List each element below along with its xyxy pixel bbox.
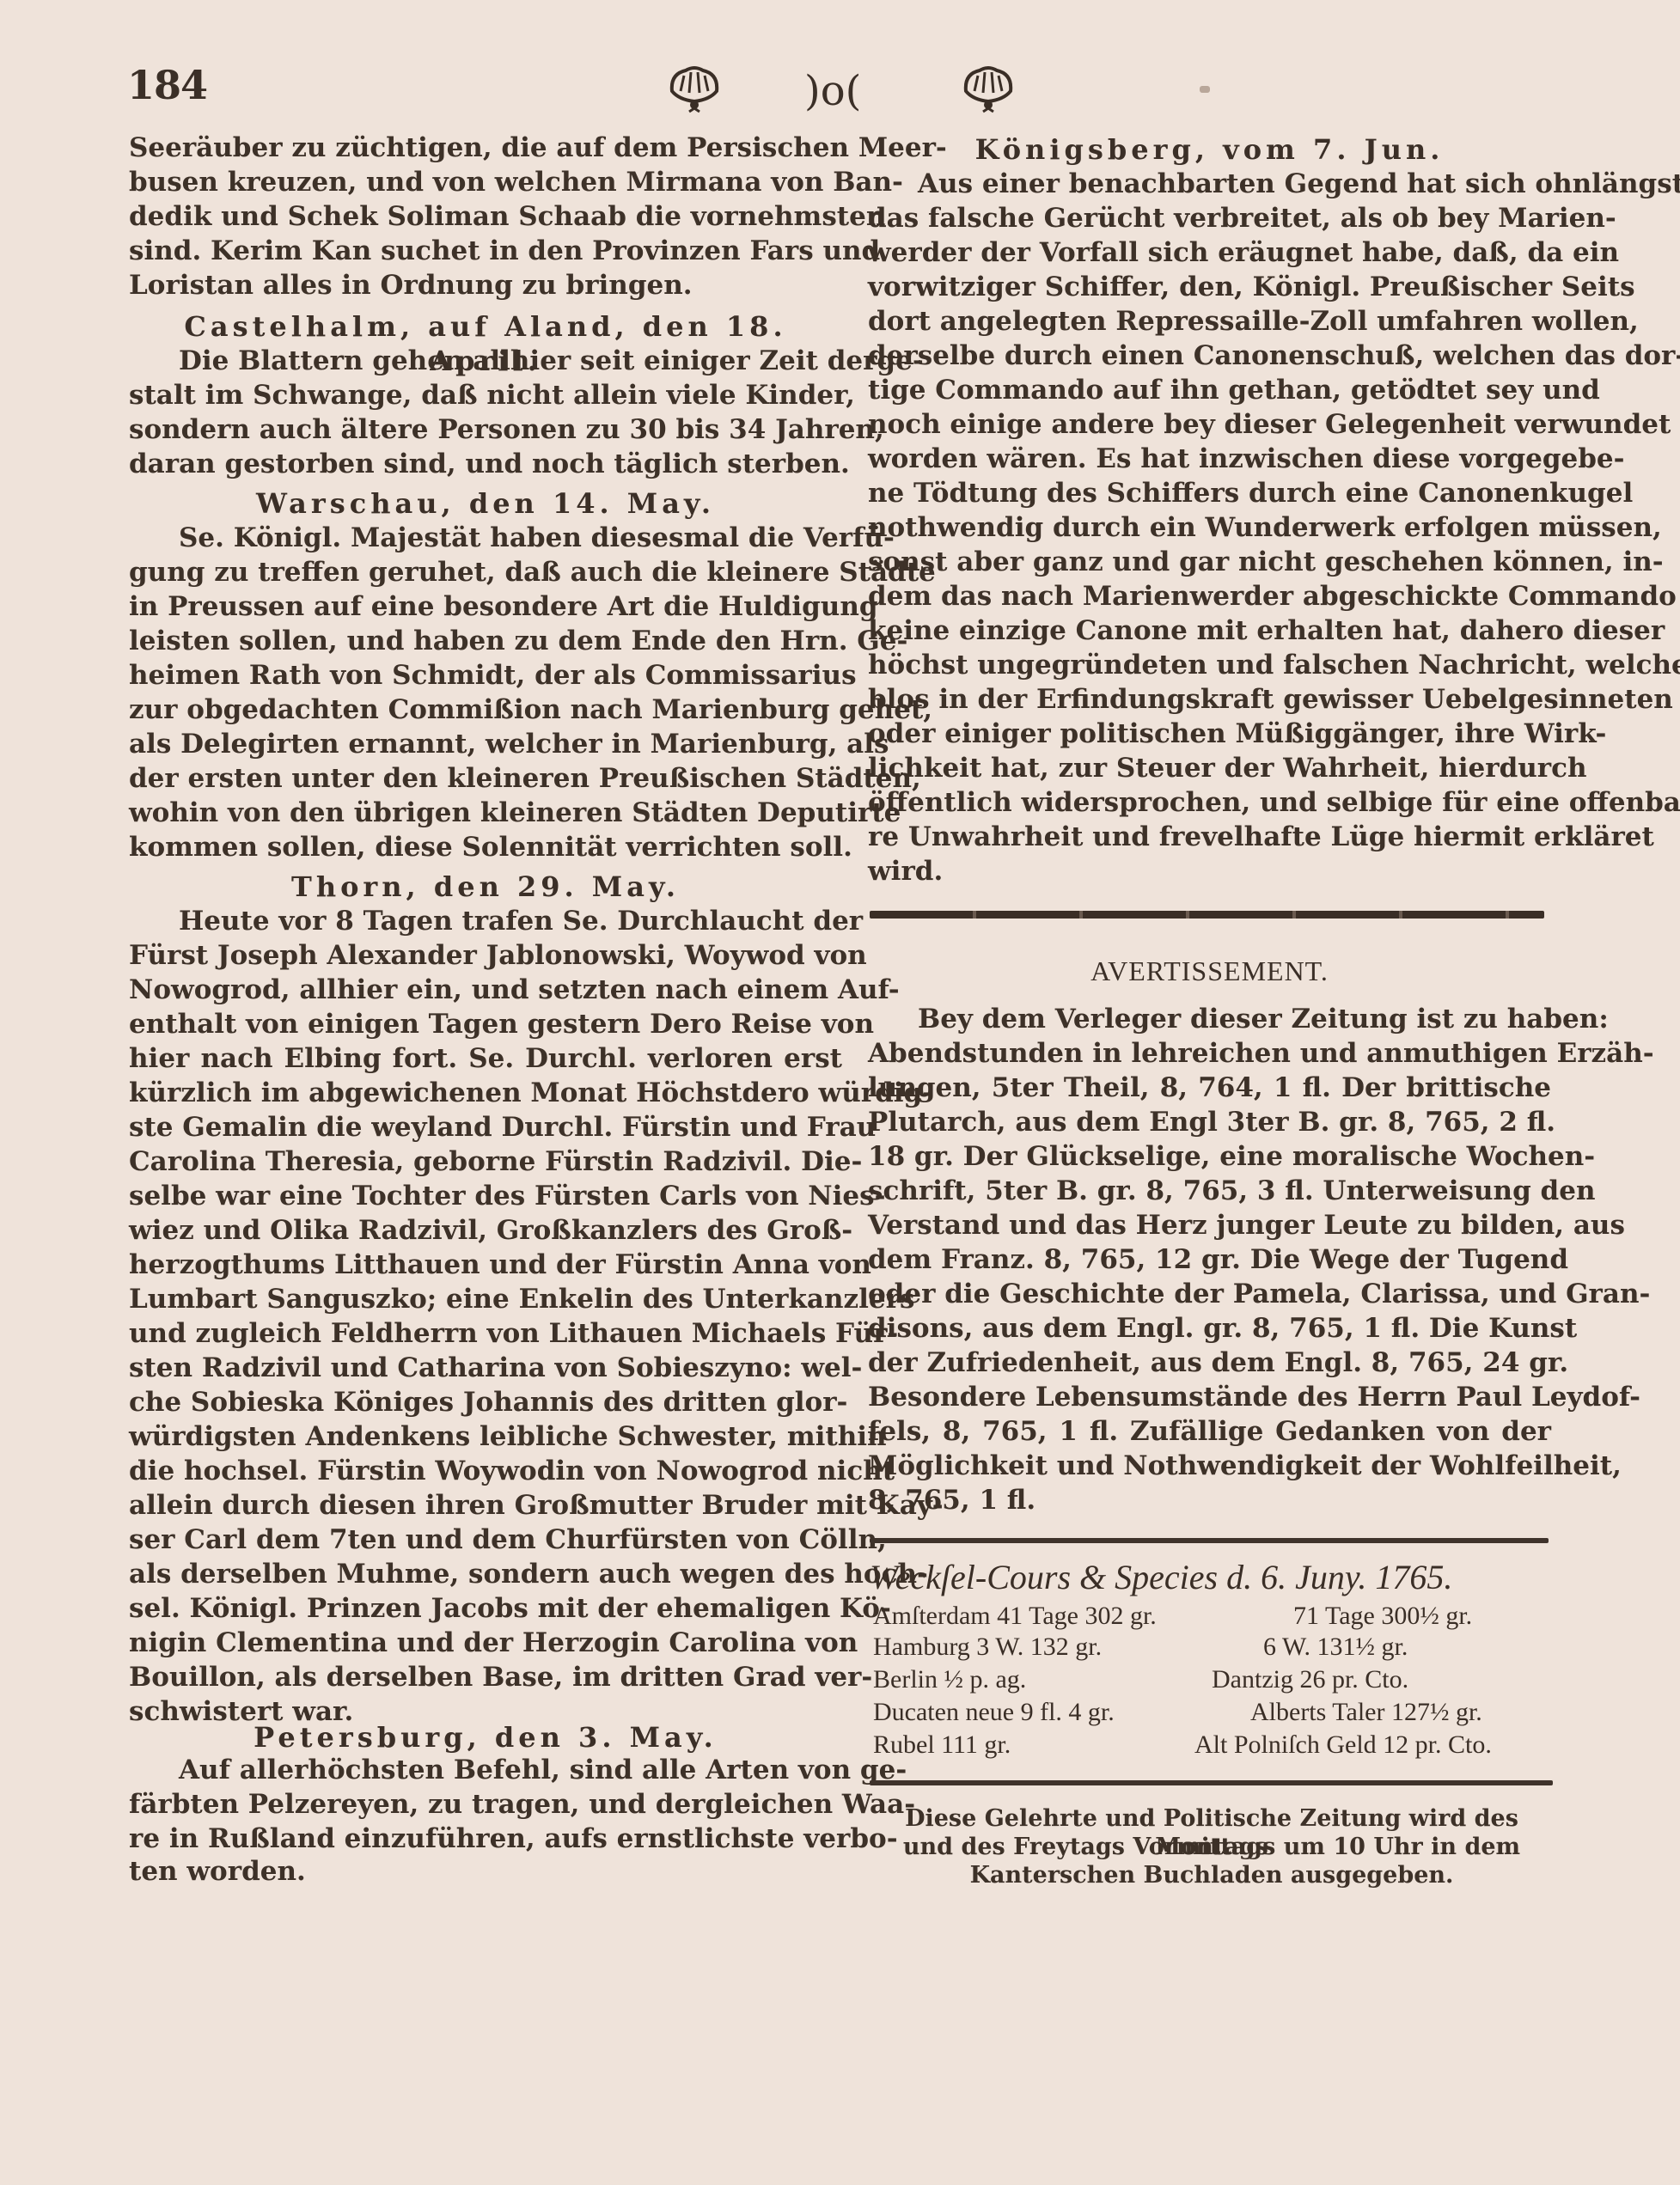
text-line: re Unwahrheit und frevelhafte Lüge hierm… — [868, 820, 1551, 854]
exchange-cell: Amſterdam 41 Tage 302 gr. — [873, 1602, 1157, 1631]
text-line: Seeräuber zu züchtigen, die auf dem Pers… — [129, 131, 842, 165]
text-line: Möglichkeit und Nothwendigkeit der Wohlf… — [868, 1449, 1551, 1483]
text-line: Lumbart Sanguszko; eine Enkelin des Unte… — [129, 1282, 842, 1316]
text-line: 8, 765, 1 fl. — [868, 1483, 1551, 1517]
text-line: dort angelegten Repressaille-Zoll umfahr… — [868, 304, 1551, 339]
text-line: allein durch diesen ihren Großmutter Bru… — [129, 1488, 842, 1523]
text-line: Se. Königl. Majestät haben diesesmal die… — [129, 521, 842, 555]
colophon-line: und des Freytags Vormittags um 10 Uhr in… — [859, 1833, 1564, 1861]
exchange-cell: Hamburg 3 W. 132 gr. — [873, 1633, 1102, 1662]
text-line: die hochsel. Fürstin Woywodin von Nowogr… — [129, 1454, 842, 1488]
text-line: kürzlich im abgewichenen Monat Höchstder… — [129, 1076, 842, 1110]
text-line: re in Rußland einzuführen, aufs ernstlic… — [129, 1822, 842, 1856]
text-line: als derselben Muhme, sondern auch wegen … — [129, 1557, 842, 1591]
dateline-heading: Thorn, den 29. May. — [129, 870, 842, 904]
exchange-bottom-rule — [870, 1780, 1553, 1785]
text-line: stalt im Schwange, daß nicht allein viel… — [129, 378, 842, 412]
exchange-cell: Alt Polniſch Geld 12 pr. Cto. — [1194, 1730, 1492, 1760]
section-divider — [870, 911, 1544, 919]
text-line: zur obgedachten Commißion nach Marienbur… — [129, 693, 842, 727]
text-line: oder die Geschichte der Pamela, Clarissa… — [868, 1277, 1551, 1311]
exchange-cell: Berlin ½ p. ag. — [873, 1665, 1026, 1694]
text-line: das falsche Gerücht verbreitet, als ob b… — [868, 201, 1551, 235]
text-line: und zugleich Feldherrn von Lithauen Mich… — [129, 1316, 842, 1351]
text-line: Loristan alles in Ordnung zu bringen. — [129, 268, 842, 302]
ink-blot — [1200, 86, 1210, 93]
dateline-heading: Petersburg, den 3. May. — [129, 1720, 842, 1755]
text-line: sondern auch ältere Personen zu 30 bis 3… — [129, 412, 842, 447]
text-line: Carolina Theresia, geborne Fürstin Radzi… — [129, 1144, 842, 1179]
advertisement-heading: AVERTISSEMENT. — [868, 954, 1551, 988]
text-line: höchst ungegründeten und falschen Nachri… — [868, 648, 1551, 682]
text-line: worden wären. Es hat inzwischen diese vo… — [868, 442, 1551, 476]
text-line: tige Commando auf ihn gethan, getödtet s… — [868, 373, 1551, 407]
text-line: busen kreuzen, und von welchen Mirmana v… — [129, 165, 842, 199]
text-line: lichkeit hat, zur Steuer der Wahrheit, h… — [868, 751, 1551, 785]
text-line: sonst aber ganz und gar nicht geschehen … — [868, 545, 1551, 579]
text-line: schrift, 5ter B. gr. 8, 765, 3 fl. Unter… — [868, 1174, 1551, 1208]
text-line: wird. — [868, 854, 1551, 888]
colophon-line: Kanterschen Buchladen ausgegeben. — [859, 1861, 1564, 1889]
dateline-heading: Warschau, den 14. May. — [129, 486, 842, 521]
text-line: enthalt von einigen Tagen gestern Dero R… — [129, 1007, 842, 1041]
dateline-heading: Königsberg, vom 7. Jun. — [868, 132, 1551, 167]
text-line: 18 gr. Der Glückselige, eine moralische … — [868, 1139, 1551, 1174]
text-line: selbe war eine Tochter des Fürsten Carls… — [129, 1179, 842, 1213]
page-number: 184 — [127, 62, 207, 108]
exchange-cell: Dantzig 26 pr. Cto. — [1212, 1665, 1408, 1694]
text-line: nothwendig durch ein Wunderwerk erfolgen… — [868, 510, 1551, 545]
text-line: dedik und Schek Soliman Schaab die vorne… — [129, 199, 842, 234]
exchange-cell: Ducaten neue 9 fl. 4 gr. — [873, 1698, 1115, 1727]
text-line: Fürst Joseph Alexander Jablonowski, Woyw… — [129, 938, 842, 973]
text-line: herzogthums Litthauen und der Fürstin An… — [129, 1248, 842, 1282]
text-line: disons, aus dem Engl. gr. 8, 765, 1 fl. … — [868, 1311, 1551, 1346]
text-line: Auf allerhöchsten Befehl, sind alle Arte… — [129, 1753, 842, 1787]
text-line: Verstand und das Herz junger Leute zu bi… — [868, 1208, 1551, 1242]
text-line: sel. Königl. Prinzen Jacobs mit der ehem… — [129, 1591, 842, 1626]
text-line: fels, 8, 765, 1 fl. Zufällige Gedanken v… — [868, 1414, 1551, 1449]
newspaper-page: 184 )o( Seeräuber zu züchtigen, die auf … — [0, 0, 1680, 2185]
text-line: Aus einer benachbarten Gegend hat sich o… — [868, 167, 1551, 201]
exchange-top-rule — [870, 1538, 1549, 1543]
text-line: heimen Rath von Schmidt, der als Commiss… — [129, 658, 842, 693]
exchange-cell: 71 Tage 300½ gr. — [1293, 1602, 1472, 1631]
text-line: Plutarch, aus dem Engl 3ter B. gr. 8, 76… — [868, 1105, 1551, 1139]
text-line: daran gestorben sind, und noch täglich s… — [129, 447, 842, 481]
shell-ornament-icon — [667, 65, 722, 115]
text-line: sten Radzivil und Catharina von Sobieszy… — [129, 1351, 842, 1385]
text-line: sind. Kerim Kan suchet in den Provinzen … — [129, 234, 842, 268]
text-line: hier nach Elbing fort. Se. Durchl. verlo… — [129, 1041, 842, 1076]
text-line: blos in der Erfindungskraft gewisser Ueb… — [868, 682, 1551, 717]
text-line: derselbe durch einen Canonenschuß, welch… — [868, 339, 1551, 373]
text-line: lungen, 5ter Theil, 8, 764, 1 fl. Der br… — [868, 1071, 1551, 1105]
text-line: kommen sollen, diese Solennität verricht… — [129, 830, 842, 864]
text-line: gung zu treffen geruhet, daß auch die kl… — [129, 555, 842, 589]
shell-ornament-icon — [961, 65, 1016, 115]
text-line: färbten Pelzereyen, zu tragen, und dergl… — [129, 1787, 842, 1822]
text-line: ste Gemalin die weyland Durchl. Fürstin … — [129, 1110, 842, 1144]
text-line: nigin Clementina und der Herzogin Caroli… — [129, 1626, 842, 1660]
text-line: Heute vor 8 Tagen trafen Se. Durchlaucht… — [129, 904, 842, 938]
exchange-cell: Alberts Taler 127½ gr. — [1250, 1698, 1482, 1727]
text-line: Abendstunden in lehreichen und anmuthige… — [868, 1036, 1551, 1071]
exchange-cell: 6 W. 131½ gr. — [1263, 1633, 1408, 1662]
text-line: der Zufriedenheit, aus dem Engl. 8, 765,… — [868, 1346, 1551, 1380]
text-line: als Delegirten ernannt, welcher in Marie… — [129, 727, 842, 761]
text-line: der ersten unter den kleineren Preußisch… — [129, 761, 842, 796]
text-line: dem Franz. 8, 765, 12 gr. Die Wege der T… — [868, 1242, 1551, 1277]
text-line: noch einige andere bey dieser Gelegenhei… — [868, 407, 1551, 442]
text-line: ne Tödtung des Schiffers durch eine Cano… — [868, 476, 1551, 510]
text-line: wiez und Olika Radzivil, Großkanzlers de… — [129, 1213, 842, 1248]
text-line: vorwitziger Schiffer, den, Königl. Preuß… — [868, 270, 1551, 304]
text-line: dem das nach Marienwerder abgeschickte C… — [868, 579, 1551, 613]
text-line: werder der Vorfall sich eräugnet habe, d… — [868, 235, 1551, 270]
text-line: Die Blattern gehen allhier seit einiger … — [129, 344, 842, 378]
text-line: öffentlich widersprochen, und selbige fü… — [868, 785, 1551, 820]
text-line: Nowogrod, allhier ein, und setzten nach … — [129, 973, 842, 1007]
text-line: ten worden. — [129, 1854, 842, 1889]
text-line: würdigsten Andenkens leibliche Schwester… — [129, 1419, 842, 1454]
text-line: Bouillon, als derselben Base, im dritten… — [129, 1660, 842, 1694]
text-line: leisten sollen, und haben zu dem Ende de… — [129, 624, 842, 658]
text-line: Bey dem Verleger dieser Zeitung ist zu h… — [868, 1002, 1551, 1036]
text-line: wohin von den übrigen kleineren Städten … — [129, 796, 842, 830]
exchange-title: Weckſel-Cours & Species d. 6. Juny. 1765… — [870, 1557, 1557, 1597]
text-line: keine einzige Canone mit erhalten hat, d… — [868, 613, 1551, 648]
text-line: che Sobieska Königes Johannis des dritte… — [129, 1385, 842, 1419]
text-line: in Preussen auf eine besondere Art die H… — [129, 589, 842, 624]
exchange-cell: Rubel 111 gr. — [873, 1730, 1011, 1760]
center-ornament: )o( — [804, 67, 861, 115]
text-line: ser Carl dem 7ten und dem Churfürsten vo… — [129, 1523, 842, 1557]
text-line: oder einiger politischen Müßiggänger, ih… — [868, 717, 1551, 751]
text-line: Besondere Lebensumstände des Herrn Paul … — [868, 1380, 1551, 1414]
